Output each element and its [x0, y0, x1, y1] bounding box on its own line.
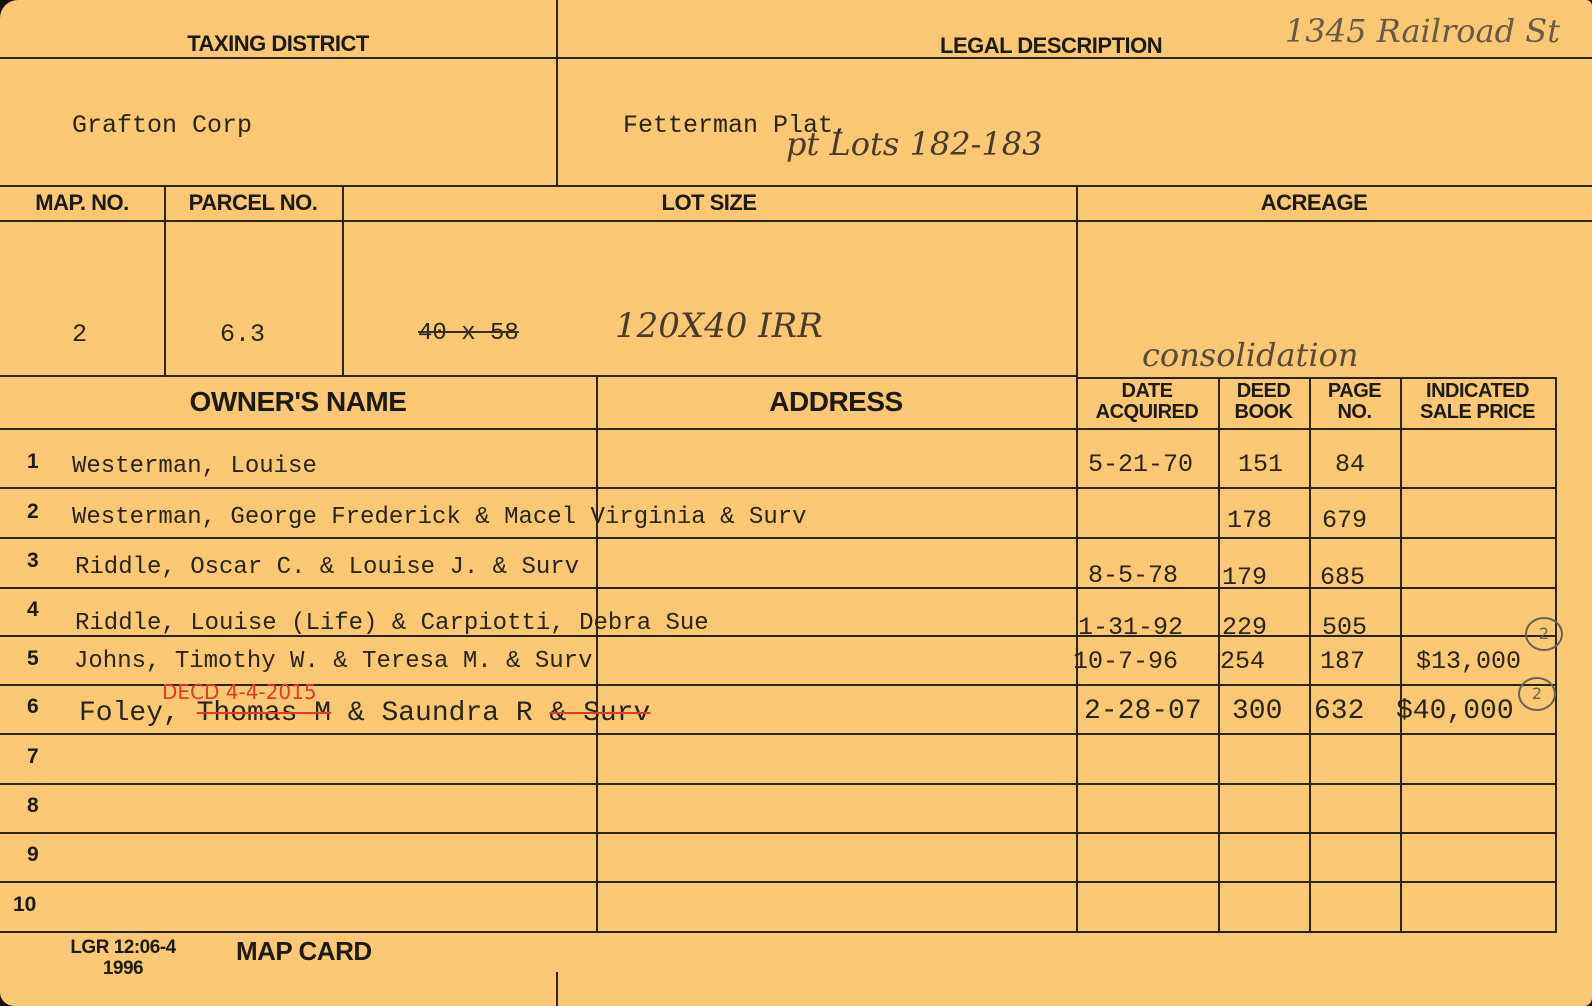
owner-name: Riddle, Oscar C. & Louise J. & Surv: [75, 554, 579, 581]
deed-book-header-line1: DEED: [1218, 381, 1309, 402]
page-no-header-line1: PAGE: [1309, 381, 1400, 402]
row-number: 5: [27, 647, 39, 671]
divider: [0, 783, 1557, 785]
map-no-header: MAP. NO.: [0, 190, 164, 216]
address-header: ADDRESS: [596, 386, 1076, 418]
lot-size-header: LOT SIZE: [342, 190, 1076, 216]
owner-name: Riddle, Louise (Life) & Carpiotti, Debra…: [75, 610, 709, 637]
divider: [0, 220, 1592, 222]
divider: [0, 185, 1592, 187]
owner-name: Foley, Thomas M & Saundra R & Surv: [79, 698, 650, 729]
sale-price-header: INDICATED SALE PRICE: [1400, 381, 1555, 423]
owner-name: Westerman, Louise: [72, 453, 317, 480]
date-acquired: 5-21-70: [1088, 450, 1193, 479]
divider: [1400, 377, 1402, 932]
page-no: 679: [1322, 506, 1367, 535]
divider: [1309, 377, 1311, 932]
deed-book-header: DEED BOOK: [1218, 381, 1309, 423]
date-acquired-header: DATE ACQUIRED: [1076, 381, 1218, 423]
deed-book-header-line2: BOOK: [1218, 402, 1309, 423]
row-number: 2: [27, 500, 39, 524]
page-no: 84: [1335, 450, 1365, 479]
owner-name-struck-surv: & Surv: [549, 698, 650, 729]
legal-description-handwritten: pt Lots 182-183: [786, 125, 1042, 163]
map-card: TAXING DISTRICT LEGAL DESCRIPTION 1345 R…: [0, 0, 1592, 1006]
form-year: 1996: [58, 958, 188, 979]
divider: [0, 881, 1557, 883]
page-no: 187: [1320, 647, 1365, 676]
page-no-header-line2: NO.: [1309, 402, 1400, 423]
date-acquired: 1-31-92: [1078, 613, 1183, 642]
sale-price-header-line1: INDICATED: [1400, 381, 1555, 402]
row-number: 3: [27, 549, 39, 573]
page-no: 505: [1322, 613, 1367, 642]
lot-size-handwritten: 120X40 IRR: [615, 306, 823, 346]
deed-book: 229: [1222, 613, 1267, 642]
divider: [0, 931, 1557, 933]
lot-size-struck: 40 x 58: [418, 320, 519, 347]
date-acquired-header-line2: ACQUIRED: [1076, 402, 1218, 423]
circled-note: 2: [1518, 677, 1556, 711]
deed-book: 300: [1232, 696, 1282, 727]
acreage-note-handwritten: consolidation: [1142, 336, 1358, 374]
owner-name: Westerman, George Frederick & Macel Virg…: [72, 504, 807, 531]
taxing-district-value: Grafton Corp: [72, 111, 252, 140]
owner-name-prefix: Foley,: [79, 698, 197, 729]
form-title: MAP CARD: [236, 936, 372, 967]
owner-name: Johns, Timothy W. & Teresa M. & Surv: [74, 648, 592, 675]
page-no: 685: [1320, 563, 1365, 592]
form-id-code: LGR 12:06-4: [58, 937, 188, 958]
divider: [0, 57, 1592, 59]
divider: [0, 375, 1076, 377]
date-acquired: 8-5-78: [1088, 561, 1178, 590]
row-number: 1: [27, 450, 39, 474]
owners-name-header: OWNER'S NAME: [0, 386, 596, 418]
row-number: 6: [27, 695, 39, 719]
divider: [0, 832, 1557, 834]
row-number: 7: [27, 745, 39, 769]
parcel-no-header: PARCEL NO.: [164, 190, 342, 216]
parcel-no-value: 6.3: [220, 320, 265, 349]
date-acquired: 2-28-07: [1084, 696, 1202, 727]
deed-book: 151: [1238, 450, 1283, 479]
deed-book: 179: [1222, 563, 1267, 592]
page-no: 632: [1314, 696, 1364, 727]
divider: [556, 0, 558, 186]
divider: [0, 733, 1557, 735]
acreage-header: ACREAGE: [1076, 190, 1552, 216]
divider: [0, 487, 1557, 489]
map-no-value: 2: [72, 320, 87, 349]
circled-note: 2: [1525, 617, 1563, 651]
sale-price-header-line2: SALE PRICE: [1400, 402, 1555, 423]
row-number: 9: [27, 843, 39, 867]
date-acquired: 10-7-96: [1073, 647, 1178, 676]
deed-book: 178: [1227, 506, 1272, 535]
owner-name-struck: Thomas M: [197, 698, 331, 729]
sale-price: $40,000: [1396, 696, 1514, 727]
row-number: 4: [27, 598, 39, 622]
legal-description-header: LEGAL DESCRIPTION: [940, 33, 1162, 59]
row-number: 8: [27, 794, 39, 818]
street-address-handwritten: 1345 Railroad St: [1285, 12, 1560, 50]
date-acquired-header-line1: DATE: [1076, 381, 1218, 402]
divider: [1076, 186, 1078, 932]
divider: [556, 972, 558, 1006]
row-number: 10: [13, 893, 36, 917]
form-id: LGR 12:06-4 1996: [58, 937, 188, 979]
page-no-header: PAGE NO.: [1309, 381, 1400, 423]
divider: [0, 537, 1557, 539]
owner-name-mid: & Saundra R: [331, 698, 549, 729]
sale-price: $13,000: [1416, 647, 1521, 676]
deed-book: 254: [1220, 647, 1265, 676]
divider: [0, 428, 1557, 430]
divider: [1076, 377, 1557, 379]
taxing-district-header: TAXING DISTRICT: [0, 31, 556, 57]
divider: [596, 376, 598, 932]
divider: [1555, 377, 1557, 932]
